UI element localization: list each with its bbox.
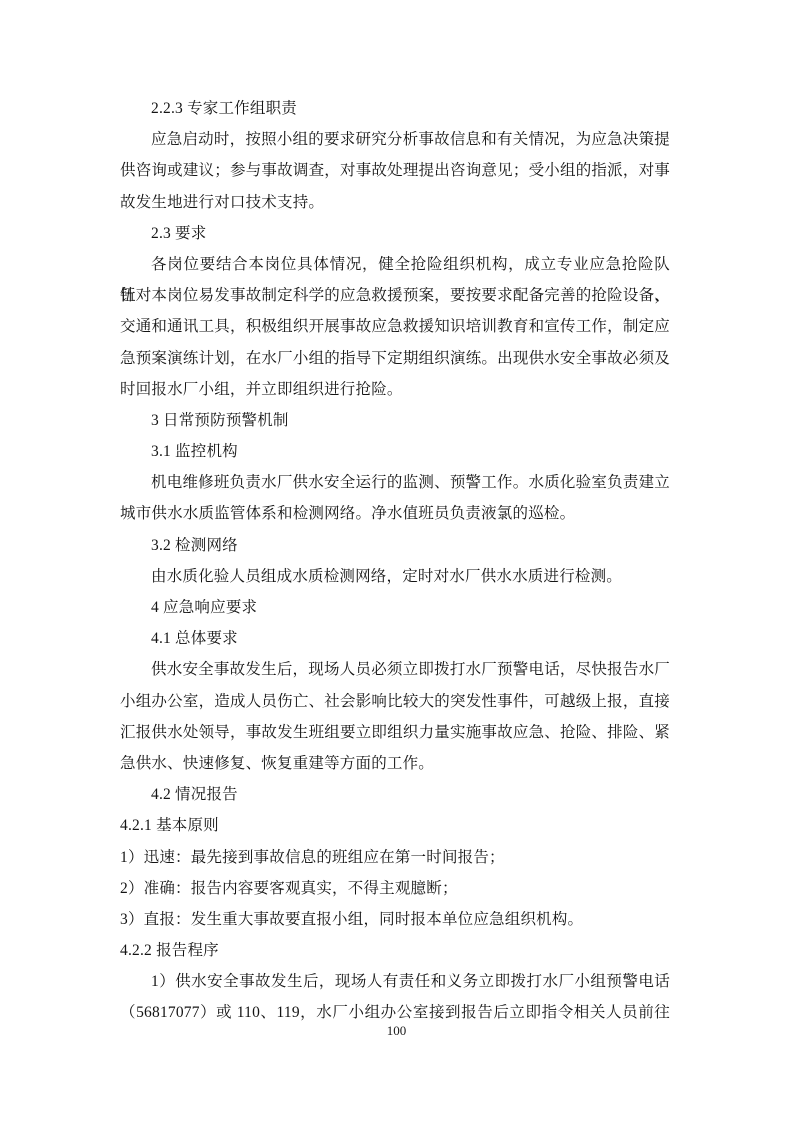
paragraph-heading: 4.2.1 基本原则: [120, 810, 670, 841]
paragraph-body: 机电维修班负责水厂供水安全运行的监测、预警工作。水质化验室负责建立城市供水水质监…: [120, 467, 670, 529]
text-line: 4.1 总体要求: [120, 623, 670, 654]
text-line: 供咨询或建议；参与事故调查，对事故处理提出咨询意见；受小组的指派，对事: [120, 155, 670, 186]
paragraph-body: 1）供水安全事故发生后，现场人有责任和义务立即拨打水厂小组预警电话（568170…: [120, 966, 670, 1028]
paragraph-heading: 2.3 要求: [120, 218, 670, 249]
text-line: 4.2.2 报告程序: [120, 935, 670, 966]
paragraph-body: 供水安全事故发生后，现场人员必须立即拨打水厂预警电话，尽快报告水厂小组办公室，造…: [120, 654, 670, 779]
page-number: 100: [0, 1024, 793, 1038]
text-line: 3 日常预防预警机制: [120, 405, 670, 436]
text-line: 4.2 情况报告: [120, 779, 670, 810]
text-line: 由水质化验人员组成水质检测网络，定时对水厂供水水质进行检测。: [120, 561, 670, 592]
text-line: 4.2.1 基本原则: [120, 810, 670, 841]
paragraph-heading: 4.2 情况报告: [120, 779, 670, 810]
text-line: 4 应急响应要求: [120, 592, 670, 623]
text-line: 2.2.3 专家工作组职责: [120, 93, 670, 124]
text-line: 1）供水安全事故发生后，现场人有责任和义务立即拨打水厂小组预警电话: [120, 966, 670, 997]
document-page: 2.2.3 专家工作组职责应急启动时，按照小组的要求研究分析事故信息和有关情况，…: [0, 0, 793, 1122]
text-line: 3）直报：发生重大事故要直报小组，同时报本单位应急组织机构。: [120, 904, 670, 935]
text-line: 2）准确：报告内容要客观真实，不得主观臆断；: [120, 873, 670, 904]
text-line: 3.1 监控机构: [120, 436, 670, 467]
paragraph-list-item: 1）迅速：最先接到事故信息的班组应在第一时间报告；: [120, 842, 670, 873]
paragraph-heading: 3.2 检测网络: [120, 530, 670, 561]
paragraph-heading: 2.2.3 专家工作组职责: [120, 93, 670, 124]
text-line: 汇报供水处领导，事故发生班组要立即组织力量实施事故应急、抢险、排险、紧: [120, 717, 670, 748]
text-line: 1）迅速：最先接到事故信息的班组应在第一时间报告；: [120, 842, 670, 873]
text-line: 2.3 要求: [120, 218, 670, 249]
text-line: 急预案演练计划，在水厂小组的指导下定期组织演练。出现供水安全事故必须及: [120, 343, 670, 374]
text-line: 交通和通讯工具，积极组织开展事故应急救援知识培训教育和宣传工作，制定应: [120, 311, 670, 342]
paragraph-heading: 3 日常预防预警机制: [120, 405, 670, 436]
text-line: 故发生地进行对口技术支持。: [120, 187, 670, 218]
text-line: 供水安全事故发生后，现场人员必须立即拨打水厂预警电话，尽快报告水厂: [120, 654, 670, 685]
text-line: 城市供水水质监管体系和检测网络。净水值班员负责液氯的巡检。: [120, 498, 670, 529]
text-line: 小组办公室，造成人员伤亡、社会影响比较大的突发性事件，可越级上报，直接: [120, 686, 670, 717]
text-line: 急供水、快速修复、恢复重建等方面的工作。: [120, 748, 670, 779]
document-body: 2.2.3 专家工作组职责应急启动时，按照小组的要求研究分析事故信息和有关情况，…: [120, 93, 670, 1029]
paragraph-heading: 4 应急响应要求: [120, 592, 670, 623]
paragraph-heading: 4.2.2 报告程序: [120, 935, 670, 966]
paragraph-list-item: 2）准确：报告内容要客观真实，不得主观臆断；: [120, 873, 670, 904]
paragraph-heading: 4.1 总体要求: [120, 623, 670, 654]
text-line: 各岗位要结合本岗位具体情况，健全抢险组织机构，成立专业应急抢险队伍，: [120, 249, 670, 280]
paragraph-body: 各岗位要结合本岗位具体情况，健全抢险组织机构，成立专业应急抢险队伍，针对本岗位易…: [120, 249, 670, 405]
text-line: 机电维修班负责水厂供水安全运行的监测、预警工作。水质化验室负责建立: [120, 467, 670, 498]
text-line: 针对本岗位易发事故制定科学的应急救援预案，要按要求配备完善的抢险设备、: [120, 280, 670, 311]
text-line: 应急启动时，按照小组的要求研究分析事故信息和有关情况，为应急决策提: [120, 124, 670, 155]
paragraph-body: 由水质化验人员组成水质检测网络，定时对水厂供水水质进行检测。: [120, 561, 670, 592]
paragraph-heading: 3.1 监控机构: [120, 436, 670, 467]
text-line: 3.2 检测网络: [120, 530, 670, 561]
paragraph-list-item: 3）直报：发生重大事故要直报小组，同时报本单位应急组织机构。: [120, 904, 670, 935]
paragraph-body: 应急启动时，按照小组的要求研究分析事故信息和有关情况，为应急决策提供咨询或建议；…: [120, 124, 670, 218]
text-line: 时回报水厂小组，并立即组织进行抢险。: [120, 374, 670, 405]
